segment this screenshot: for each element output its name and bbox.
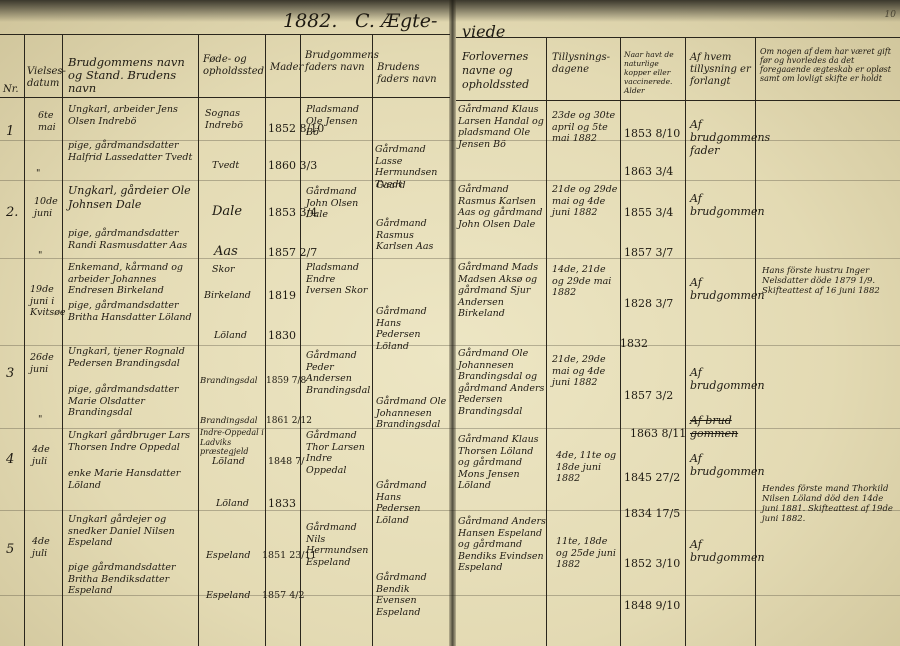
entry-1-groom-vacc: 1853 8/10	[624, 128, 680, 140]
entry-5-bride: pige gårdmandsdatter Britha Bendiksdatte…	[68, 562, 196, 597]
entry-2-bride-father: Gårdmand Rasmus Karlsen Aas	[376, 218, 448, 253]
entry-2-bride-place: Aas	[214, 244, 238, 259]
entry-5-groom-father: Gårdmand Nils Hermundsen Espeland	[306, 522, 370, 568]
page-number: 10	[885, 10, 896, 20]
header-rule-top-left	[0, 34, 450, 35]
entry-1-bride: pige, gårdmandsdatter Halfrid Lassedatte…	[68, 140, 196, 163]
entry-5-groom-place: Espeland	[206, 550, 250, 562]
entry-4-bride-born: 1833	[268, 498, 296, 510]
entry-2-groom-place: Dale	[212, 204, 242, 219]
entry-2-requested-by: Af brudgommen	[690, 192, 752, 218]
entry-1-date: 6te mai	[38, 110, 62, 133]
entry-1-groom-father: Pladsmand Ole Jensen Bö	[306, 104, 370, 139]
entry-2-nr: 2.	[6, 205, 18, 220]
entry-2-bride-mark: "	[38, 250, 42, 262]
col-header-nr: Nr.	[3, 84, 19, 96]
entry-1-bride-place: Tvedt	[212, 160, 239, 172]
entry-3-requested-by: Af brudgommen	[690, 366, 752, 392]
ledger-page: 1882. C. Ægte- viede 10 Nr. Vielses-datu…	[0, 0, 900, 646]
entry-4-groom-place2: Löland	[212, 456, 245, 468]
entry-4-witnesses: Gårdmand Klaus Thorsen Löland og gårdman…	[458, 434, 546, 492]
col-header-vaccination: Naar havt de naturlige kopper eller vacc…	[624, 50, 684, 95]
entry-5-requested-by: Af brudgommen	[690, 538, 752, 564]
entry-3-requested-by-struck: Af brud gommen	[690, 414, 752, 440]
col-header-banns: Tillysnings-dagene	[552, 52, 618, 76]
entry-2-date: 10de juni	[34, 196, 60, 219]
entry-1-groom: Ungkarl, arbeider Jens Olsen Indrebö	[68, 104, 196, 127]
header-rule-bottom-right	[456, 100, 900, 101]
page-section-title-cont: viede	[462, 22, 505, 41]
header-rule-top-right	[456, 37, 900, 38]
entry-3-bride-father: Gårdmand Ole Johannesen Brandingsdal	[376, 396, 448, 431]
entry-3a-witnesses: Gårdmand Mads Madsen Aksø og gårdmand Sj…	[458, 262, 546, 320]
entry-1-bride-father-note: Gaard	[376, 180, 406, 192]
entry-3a-bride-place: Löland	[214, 330, 247, 342]
entry-4-groom-father: Gårdmand Thor Larsen Indre Oppedal	[306, 430, 370, 476]
entry-5-banns: 11te, 18de og 25de juni 1882	[556, 536, 618, 571]
entry-3-banns: 21de, 29de mai og 4de juni 1882	[552, 354, 618, 389]
entry-3a-remarks: Hans förste hustru Inger Nelsdatter döde…	[762, 266, 896, 296]
entry-5-nr: 5	[6, 542, 14, 557]
entry-2-bride-born: 1857 2/7	[268, 247, 317, 259]
entry-1-groom-place: Sognas Indrebö	[205, 108, 263, 131]
entry-3a-bride-vacc: 1832	[620, 338, 648, 350]
entry-3a-date: 19de juni i Kvitsøe	[30, 284, 62, 319]
col-header-bride-father: Brudens faders navn	[377, 62, 447, 86]
entry-2-bride-vacc: 1857 3/7	[624, 247, 673, 259]
entry-5-bride-place: Espeland	[206, 590, 250, 602]
col-header-groom-father: Brudgommens faders navn	[305, 50, 369, 74]
entry-3a-banns: 14de, 21de og 29de mai 1882	[552, 264, 618, 299]
entry-3a-groom-father: Pladsmand Endre Iversen Skor	[306, 262, 370, 297]
col-rule	[62, 34, 63, 646]
entry-1-requested-by: Af brudgommens fader	[690, 118, 752, 157]
entry-3-bride-born: 1861 2/12	[266, 416, 312, 428]
col-header-date: Vielses-datum	[27, 66, 61, 90]
entry-4-bride-place: Löland	[216, 498, 249, 510]
entry-4-remarks: Hendes förste mand Thorkild Nilsen Lölan…	[762, 484, 896, 524]
col-rule	[685, 37, 686, 646]
entry-3-bride-vacc: 1863 8/11	[630, 428, 686, 440]
entry-3a-groom-place2: Birkeland	[204, 290, 251, 302]
col-rule	[546, 37, 547, 646]
entry-3-groom-place: Brandingsdal	[200, 376, 258, 388]
entry-1-banns: 23de og 30te april og 5te mai 1882	[552, 110, 618, 145]
entry-3-date: 26de juni	[30, 352, 62, 375]
entry-4-requested-by: Af brudgommen	[690, 452, 752, 478]
entry-4-banns: 4de, 11te og 18de juni 1882	[556, 450, 618, 485]
entry-2-groom-vacc: 1855 3/4	[624, 207, 673, 219]
entry-3-witnesses: Gårdmand Ole Johannesen Brandingsdal og …	[458, 348, 546, 417]
entry-1-witnesses: Gårdmand Klaus Larsen Handal og pladsman…	[458, 104, 546, 150]
entry-3a-groom-vacc: 1828 3/7	[624, 298, 673, 310]
entry-2-groom-father: Gårdmand John Olsen Dale	[306, 186, 370, 221]
entry-1-bride-born: 1860 3/3	[268, 160, 317, 172]
entry-1-bride-mark: "	[36, 168, 40, 180]
col-rule	[24, 34, 25, 646]
entry-5-bride-born: 1857 4/2	[262, 590, 305, 602]
col-rule	[372, 34, 373, 646]
entry-4-groom-place: Indre-Oppedal i Ladviks præstegjeld	[200, 428, 264, 457]
entry-5-groom-vacc: 1852 3/10	[624, 558, 680, 570]
entry-3a-groom-born: 1819	[268, 290, 296, 302]
entry-5-bride-father: Gårdmand Bendik Evensen Espeland	[376, 572, 448, 618]
col-header-born: Mader	[270, 62, 298, 74]
entry-4-bride: enke Marie Hansdatter Löland	[68, 468, 196, 491]
entry-5-date: 4de juli	[32, 536, 60, 559]
entry-5-groom: Ungkarl gårdejer og snedker Daniel Nilse…	[68, 514, 196, 549]
entry-3a-bride: pige, gårdmandsdatter Britha Hansdatter …	[68, 300, 196, 323]
entry-3a-bride-born: 1830	[268, 330, 296, 342]
entry-3-bride-place: Brandingsdal	[200, 416, 258, 428]
entry-3-groom: Ungkarl, tjener Rognald Pedersen Brandin…	[68, 346, 196, 369]
entry-1-bride-vacc: 1863 3/4	[624, 166, 673, 178]
col-header-birthplace: Føde- og opholdssted	[203, 54, 263, 78]
entry-4-nr: 4	[6, 452, 14, 467]
entry-2-bride: pige, gårdmandsdatter Randi Rasmusdatter…	[68, 228, 196, 251]
col-rule	[198, 34, 199, 646]
entry-4-date: 4de juli	[32, 444, 60, 467]
entry-3-groom-vacc: 1857 3/2	[624, 390, 673, 402]
entry-3a-groom: Enkemand, kårmand og arbeider Johannes E…	[68, 262, 196, 297]
entry-3a-groom-place: Skor	[212, 264, 235, 276]
entry-5-bride-vacc: 1848 9/10	[624, 600, 680, 612]
entry-3-groom-father: Gårdmand Peder Andersen Brandingsdal	[306, 350, 370, 396]
entry-3a-requested-by: Af brudgommen	[690, 276, 752, 302]
entry-2-banns: 21de og 29de mai og 4de juni 1882	[552, 184, 618, 219]
entry-2-witnesses: Gårdmand Rasmus Karlsen Aas og gårdmand …	[458, 184, 546, 230]
entry-4-groom-born: 1848 7/	[268, 456, 304, 468]
col-header-remarks: Om nogen af dem har været gift før og hv…	[760, 47, 898, 83]
entry-5-witnesses: Gårdmand Anders Hansen Espeland og gårdm…	[458, 516, 546, 574]
col-header-requested-by: Af hvem tillysning er forlangt	[690, 52, 754, 88]
entry-4-groom-vacc: 1845 27/2	[624, 472, 680, 484]
entry-2-groom: Ungkarl, gårdeier Ole Johnsen Dale	[68, 184, 196, 212]
entry-3-nr: 3	[6, 366, 14, 381]
entry-3a-bride-father: Gårdmand Hans Pedersen Löland	[376, 306, 448, 352]
entry-3-bride: pige, gårdmandsdatter Marie Olsdatter Br…	[68, 384, 196, 419]
page-year: 1882.	[283, 10, 337, 32]
entry-1-nr: 1	[6, 124, 14, 139]
book-spine	[449, 0, 456, 646]
col-header-witnesses: Forlovernes navne og opholdssted	[462, 50, 544, 92]
entry-3-bride-mark: "	[38, 414, 42, 426]
header-rule-bottom-left	[0, 97, 450, 98]
entry-4-groom: Ungkarl gårdbruger Lars Thorsen Indre Op…	[68, 430, 196, 453]
page-section-title: C. Ægte-	[355, 10, 437, 32]
col-header-names: Brudgommens navn og Stand. Brudens navn	[68, 56, 196, 95]
entry-4-bride-father: Gårdmand Hans Pedersen Löland	[376, 480, 448, 526]
entry-3-groom-born: 1859 7/8	[266, 376, 306, 388]
entry-4-bride-vacc: 1834 17/5	[624, 508, 680, 520]
